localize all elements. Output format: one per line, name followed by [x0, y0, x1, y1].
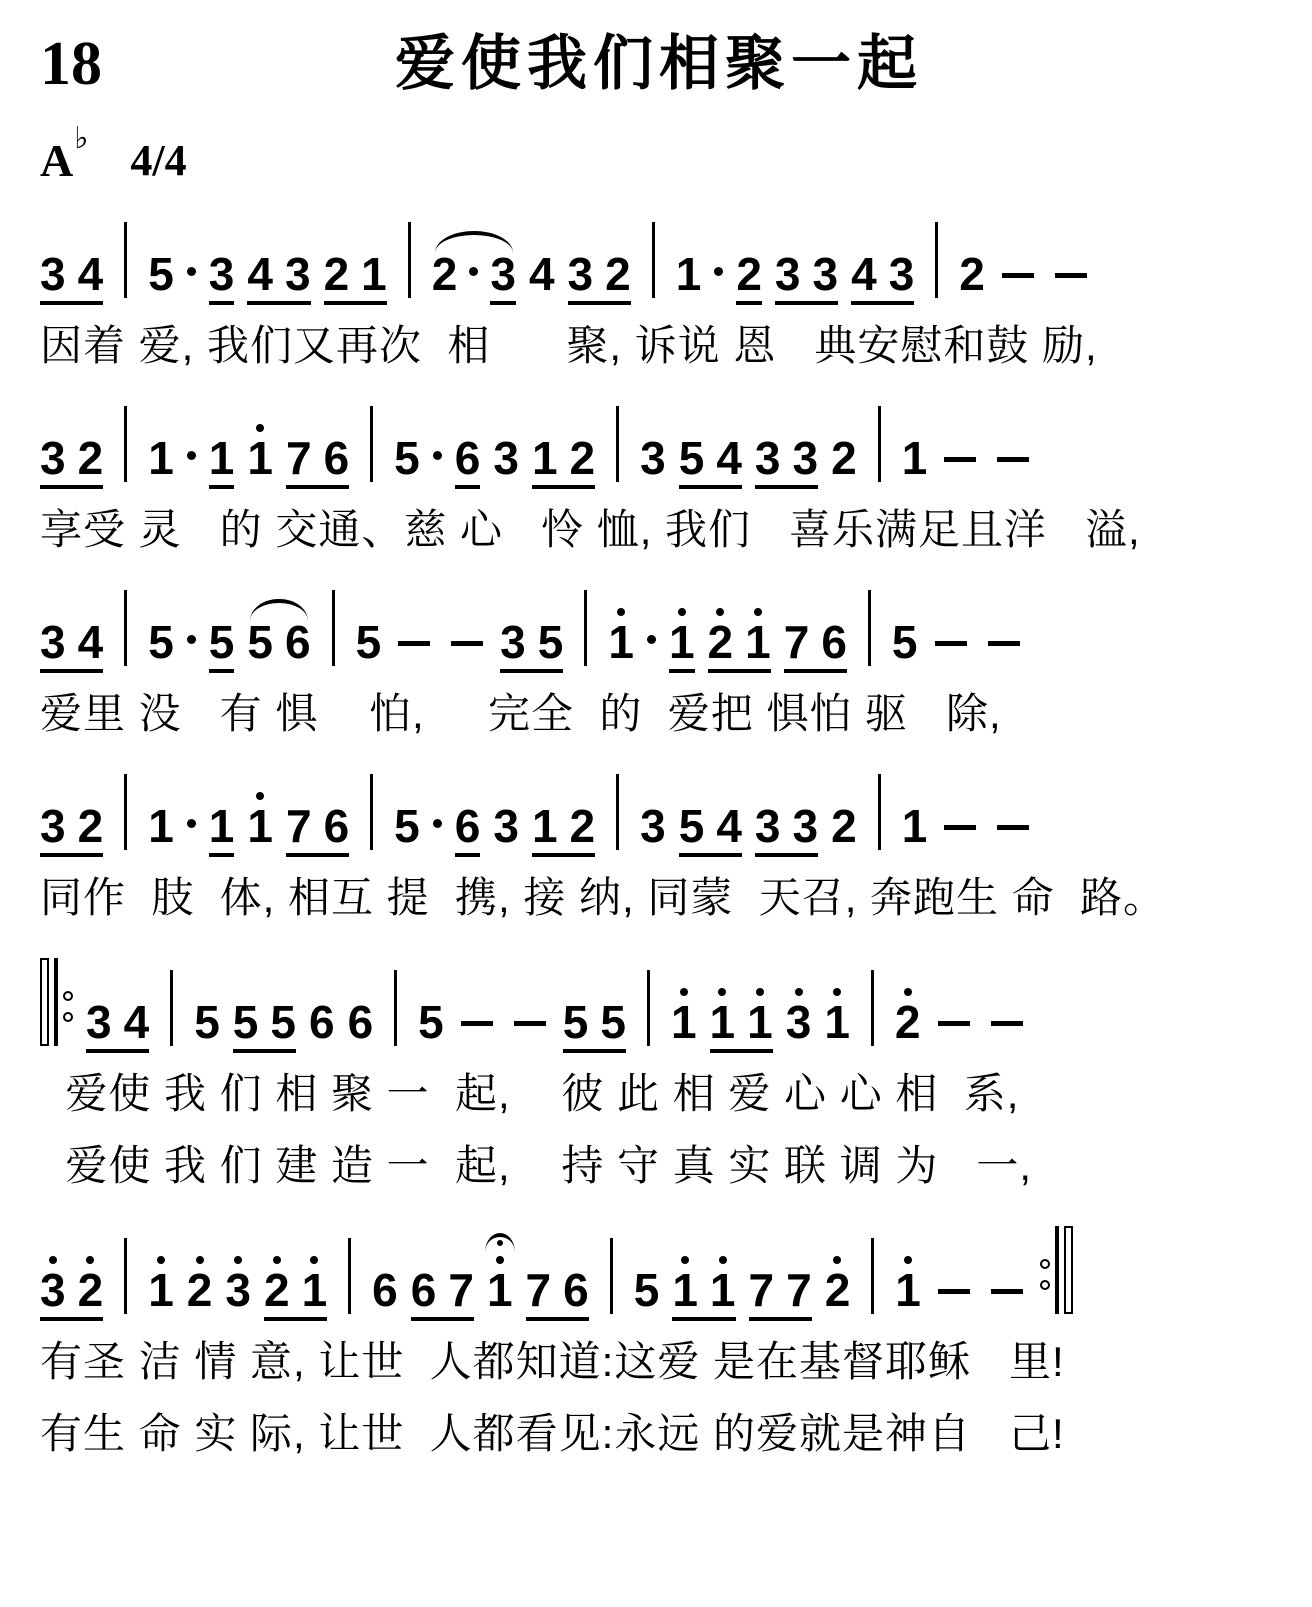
system: 34534321234321233432因着 爱, 我们又再次 相 聚, 诉说 …: [40, 222, 1278, 370]
key-signature: A♭: [40, 114, 88, 186]
note-digit: 1: [532, 802, 558, 850]
note: 3: [793, 789, 819, 850]
note: 2: [264, 1253, 290, 1314]
note: 6: [348, 985, 374, 1046]
barline: [124, 406, 127, 482]
note: 2: [831, 421, 857, 482]
note-digit: 7: [786, 1266, 812, 1314]
note-digit: 6: [563, 1266, 589, 1314]
note: 4: [851, 237, 877, 298]
note-digit: 4: [124, 998, 150, 1046]
dash-line: [938, 1021, 970, 1026]
dash-line: [991, 1289, 1023, 1294]
note-digit: 5: [194, 998, 220, 1046]
note-digit: 5: [892, 618, 918, 666]
note-digit: 5: [148, 250, 174, 298]
note: 6: [372, 1253, 398, 1314]
note-digit: 5: [418, 998, 444, 1046]
barline: [348, 1238, 351, 1314]
beam-group: 76: [286, 421, 349, 489]
note-digit: 1: [710, 998, 736, 1046]
note-digit: 2: [78, 434, 104, 482]
barline: [408, 222, 411, 298]
note: 6: [455, 421, 481, 489]
note-digit: 1: [669, 618, 695, 666]
beam-group: 11: [672, 1253, 735, 1321]
dash-line: [514, 1021, 546, 1026]
note-digit: 6: [411, 1266, 437, 1314]
dash-line: [938, 1289, 970, 1294]
system: 3211176563123543321享受 灵 的 交通、慈 心 怜 恤, 我们…: [40, 406, 1278, 554]
dash-line: [997, 825, 1029, 830]
repeat-dot: [63, 1012, 73, 1022]
system: 32123216671765117721有圣 洁 情 意, 让世 人都知道:这爱…: [40, 1226, 1278, 1458]
note: 6: [411, 1253, 437, 1314]
note: 3: [493, 421, 519, 482]
note-digit: 2: [736, 250, 762, 298]
note: 2: [825, 1253, 851, 1314]
note-digit: 3: [40, 434, 66, 482]
note-digit: 3: [755, 802, 781, 850]
note: 1: [902, 789, 928, 850]
note: 1: [302, 1253, 328, 1314]
barline: [332, 590, 335, 666]
beam-group: 33: [755, 789, 818, 857]
note: 3: [40, 1253, 66, 1314]
note-digit: 2: [78, 1266, 104, 1314]
barline: [124, 774, 127, 850]
dash-line: [935, 641, 967, 646]
note-digit: 5: [634, 1266, 660, 1314]
repeat-dot: [1040, 1280, 1050, 1290]
note: 3: [755, 789, 781, 850]
note-digit: 1: [672, 1266, 698, 1314]
note: 3: [86, 985, 112, 1046]
note-digit: 3: [813, 250, 839, 298]
note-digit: 4: [78, 618, 104, 666]
beam-group: 55: [563, 985, 626, 1053]
note: 1: [745, 605, 771, 666]
note: 1: [209, 789, 235, 857]
key-letter: A: [40, 135, 73, 186]
note: 1: [209, 421, 235, 489]
barline: [124, 1238, 127, 1314]
barline: [610, 1238, 613, 1314]
note: 2: [895, 985, 921, 1046]
note-digit: 7: [784, 618, 810, 666]
dash-line: [944, 825, 976, 830]
note: 1: [247, 421, 273, 482]
beam-group: 33: [775, 237, 838, 305]
note-digit: 3: [225, 1266, 251, 1314]
barline: [871, 970, 874, 1046]
note: 5: [247, 605, 273, 666]
note: 2: [432, 237, 458, 298]
note: 2: [570, 789, 596, 850]
note-digit: 1: [247, 802, 273, 850]
note-digit: 7: [749, 1266, 775, 1314]
time-signature: 4/4: [130, 136, 186, 186]
lyric-line: 爱使 我 们 建 造 一 起, 持 守 真 实 联 调 为 一,: [40, 1142, 1278, 1190]
barline: [584, 590, 587, 666]
note-digit: 3: [786, 998, 812, 1046]
repeat-end-sign: [1040, 1226, 1073, 1314]
note: 4: [124, 985, 150, 1046]
note-digit: 6: [324, 802, 350, 850]
note: 5: [194, 985, 220, 1046]
note-digit: 2: [708, 618, 734, 666]
beam-group: 32: [568, 237, 631, 305]
note-digit: 5: [356, 618, 382, 666]
note-digit: 3: [490, 250, 516, 298]
barline: [370, 774, 373, 850]
note: 1: [148, 1253, 174, 1314]
note-digit: 3: [568, 250, 594, 298]
barline: [370, 406, 373, 482]
lyric-line: 同作 肢 体, 相互 提 携, 接 纳, 同蒙 天召, 奔跑生 命 路。: [40, 874, 1278, 922]
note: 2: [959, 237, 985, 298]
note-digit: 2: [831, 434, 857, 482]
note: 3: [40, 237, 66, 298]
barline: [124, 590, 127, 666]
note-digit: 5: [270, 998, 296, 1046]
note-digit: 3: [775, 250, 801, 298]
beam-group: 12: [532, 789, 595, 857]
note: 7: [786, 1253, 812, 1314]
note-digit: 6: [309, 998, 335, 1046]
note-digit: 1: [710, 1266, 736, 1314]
dash-line: [944, 457, 976, 462]
beam-group: 32: [40, 1253, 103, 1321]
lyric-line: 享受 灵 的 交通、慈 心 怜 恤, 我们 喜乐满足且洋 溢,: [40, 506, 1278, 554]
note-digit: 2: [570, 434, 596, 482]
note: 6: [563, 1253, 589, 1314]
fermata-icon: [485, 1233, 515, 1252]
note-digit: 2: [264, 1266, 290, 1314]
slur-group: 23: [432, 237, 516, 298]
note-digit: 3: [640, 802, 666, 850]
note: 1: [676, 237, 702, 298]
note: 1: [671, 985, 697, 1046]
note-digit: 2: [895, 998, 921, 1046]
note-digit: 4: [716, 434, 742, 482]
beam-group: 77: [749, 1253, 812, 1321]
note: 1: [824, 985, 850, 1046]
note: 4: [247, 237, 273, 298]
barline: [124, 222, 127, 298]
note-digit: 6: [372, 1266, 398, 1314]
note-digit: 2: [432, 250, 458, 298]
note: 1: [148, 421, 174, 482]
note: 7: [286, 789, 312, 850]
note: 2: [78, 1253, 104, 1314]
note-digit: 2: [187, 1266, 213, 1314]
note-digit: 1: [747, 998, 773, 1046]
note: 3: [209, 237, 235, 305]
repeat-thick-bar: [1064, 1226, 1073, 1314]
note: 2: [605, 237, 631, 298]
augmentation-dot: [187, 451, 196, 460]
note: 5: [563, 985, 589, 1046]
beam-group: 34: [40, 605, 103, 673]
note: 5: [148, 237, 174, 298]
note-digit: 5: [394, 802, 420, 850]
repeat-dots: [1040, 1259, 1050, 1290]
note: 1: [895, 1253, 921, 1314]
beam-group: 67: [411, 1253, 474, 1321]
note: 2: [831, 789, 857, 850]
note-digit: 2: [959, 250, 985, 298]
note-digit: 4: [851, 250, 877, 298]
note-digit: 3: [40, 802, 66, 850]
beam-group: 76: [526, 1253, 589, 1321]
beam-group: 76: [286, 789, 349, 857]
note-digit: 1: [902, 802, 928, 850]
beam-group: 55: [233, 985, 296, 1053]
dash-line: [991, 1021, 1023, 1026]
beam-group: 76: [784, 605, 847, 673]
note: 2: [708, 605, 734, 666]
note-digit: 5: [600, 998, 626, 1046]
note-digit: 4: [247, 250, 273, 298]
beam-group: 43: [851, 237, 914, 305]
note-digit: 1: [148, 434, 174, 482]
dash-line: [451, 641, 483, 646]
note-digit: 6: [455, 802, 481, 850]
song-title: 爱使我们相聚一起: [40, 14, 1278, 114]
beam-group: 21: [324, 237, 387, 305]
note-digit: 1: [302, 1266, 328, 1314]
note: 2: [187, 1253, 213, 1314]
note-digit: 2: [825, 1266, 851, 1314]
note: 3: [500, 605, 526, 666]
sheet-music-page: 18 爱使我们相聚一起 A♭ 4/4 34534321234321233432因…: [0, 0, 1312, 1607]
note-digit: 4: [529, 250, 555, 298]
lyric-line: 有生 命 实 际, 让世 人都看见:永远 的爱就是神自 己!: [40, 1410, 1278, 1458]
beam-group: 35: [500, 605, 563, 673]
note: 6: [324, 789, 350, 850]
note-digit: 1: [209, 434, 235, 482]
note: 2: [736, 237, 762, 305]
note-digit: 3: [889, 250, 915, 298]
note-digit: 1: [824, 998, 850, 1046]
lyric-line: 有圣 洁 情 意, 让世 人都知道:这爱 是在基督耶稣 里!: [40, 1338, 1278, 1386]
repeat-dot: [63, 991, 73, 1001]
note: 3: [786, 985, 812, 1046]
system: 3455566555111312 爱使 我 们 相 聚 一 起, 彼 此 相 爱…: [40, 958, 1278, 1190]
music-line: 3211176563123543321: [40, 774, 1278, 850]
note-digit: 5: [209, 618, 235, 666]
barline: [647, 970, 650, 1046]
beam-group: 34: [40, 237, 103, 305]
note-digit: 1: [209, 802, 235, 850]
note: 1: [532, 789, 558, 850]
note-digit: 5: [679, 802, 705, 850]
beam-group: 12: [532, 421, 595, 489]
note: 3: [775, 237, 801, 298]
augmentation-dot: [433, 451, 442, 460]
note-digit: 7: [286, 434, 312, 482]
note: 3: [40, 421, 66, 482]
note: 5: [634, 1253, 660, 1314]
music-line: 3211176563123543321: [40, 406, 1278, 482]
note-digit: 2: [324, 250, 350, 298]
note: 4: [716, 421, 742, 482]
hymn-number: 18: [40, 14, 102, 114]
note: 5: [270, 985, 296, 1046]
note-digit: 1: [902, 434, 928, 482]
note: 3: [40, 605, 66, 666]
beam-group: 21: [708, 605, 771, 673]
note-digit: 3: [493, 434, 519, 482]
note-digit: 6: [285, 618, 311, 666]
dash-line: [461, 1021, 493, 1026]
note: 3: [285, 237, 311, 298]
note: 5: [418, 985, 444, 1046]
note-digit: 7: [448, 1266, 474, 1314]
note: 5: [892, 605, 918, 666]
note-digit: 5: [247, 618, 273, 666]
note-digit: 3: [640, 434, 666, 482]
note: 3: [640, 421, 666, 482]
flat-icon: ♭: [74, 122, 88, 155]
note-digit: 1: [487, 1266, 513, 1314]
barline: [878, 406, 881, 482]
beam-group: 33: [755, 421, 818, 489]
barline: [616, 774, 619, 850]
repeat-thin-bar: [54, 958, 58, 1046]
dash-line: [988, 641, 1020, 646]
note-digit: 5: [394, 434, 420, 482]
note-digit: 1: [148, 1266, 174, 1314]
note: 7: [526, 1253, 552, 1314]
barline: [935, 222, 938, 298]
note: 5: [233, 985, 259, 1046]
note: 6: [821, 605, 847, 666]
note-digit: 3: [500, 618, 526, 666]
note: 6: [309, 985, 335, 1046]
note-digit: 3: [793, 434, 819, 482]
note-digit: 3: [40, 618, 66, 666]
note-digit: 6: [324, 434, 350, 482]
augmentation-dot: [647, 635, 656, 644]
note-digit: 2: [78, 802, 104, 850]
note: 4: [78, 237, 104, 298]
note-digit: 4: [716, 802, 742, 850]
augmentation-dot: [433, 819, 442, 828]
note: 3: [490, 237, 516, 305]
beam-group: 32: [40, 789, 103, 857]
note: 3: [493, 789, 519, 850]
dash-line: [1055, 273, 1087, 278]
note-digit: 1: [895, 1266, 921, 1314]
note-digit: 3: [209, 250, 235, 298]
note: 2: [78, 421, 104, 482]
music-line: 3455566555111312: [40, 958, 1278, 1046]
note: 5: [394, 421, 420, 482]
music-line: 3455565351121765: [40, 590, 1278, 666]
system: 3211176563123543321同作 肢 体, 相互 提 携, 接 纳, …: [40, 774, 1278, 922]
beam-group: 11: [710, 985, 773, 1053]
note: 1: [710, 1253, 736, 1314]
note: 1: [710, 985, 736, 1046]
note-digit: 3: [493, 802, 519, 850]
note: 6: [285, 605, 311, 666]
barline: [868, 590, 871, 666]
note: 4: [78, 605, 104, 666]
note-digit: 1: [676, 250, 702, 298]
note-digit: 2: [831, 802, 857, 850]
augmentation-dot: [187, 267, 196, 276]
note-digit: 3: [285, 250, 311, 298]
note-digit: 3: [755, 434, 781, 482]
note: 3: [813, 237, 839, 298]
note: 4: [529, 237, 555, 298]
note: 7: [784, 605, 810, 666]
system: 3455565351121765爱里 没 有 惧 怕, 完全 的 爱把 惧怕 驱…: [40, 590, 1278, 738]
note-digit: 1: [148, 802, 174, 850]
note: 5: [600, 985, 626, 1046]
beam-group: 34: [86, 985, 149, 1053]
barline: [871, 1238, 874, 1314]
note: 1: [532, 421, 558, 482]
note: 3: [755, 421, 781, 482]
augmentation-dot: [187, 819, 196, 828]
barline: [652, 222, 655, 298]
augmentation-dot: [714, 267, 723, 276]
beam-group: 54: [679, 421, 742, 489]
note-digit: 1: [247, 434, 273, 482]
note: 1: [148, 789, 174, 850]
header: 18 爱使我们相聚一起: [40, 14, 1278, 114]
note-digit: 1: [671, 998, 697, 1046]
note: 1: [669, 605, 695, 673]
note: 5: [148, 605, 174, 666]
augmentation-dot: [187, 635, 196, 644]
lyric-line: 因着 爱, 我们又再次 相 聚, 诉说 恩 典安慰和鼓 励,: [40, 322, 1278, 370]
note-digit: 1: [361, 250, 387, 298]
note: 1: [487, 1253, 513, 1314]
note-digit: 5: [563, 998, 589, 1046]
note-digit: 3: [86, 998, 112, 1046]
note: 1: [608, 605, 634, 666]
repeat-thick-bar: [40, 958, 49, 1046]
note-digit: 1: [608, 618, 634, 666]
note: 4: [716, 789, 742, 850]
beam-group: 54: [679, 789, 742, 857]
barline: [170, 970, 173, 1046]
music-line: 32123216671765117721: [40, 1226, 1278, 1314]
note-digit: 4: [78, 250, 104, 298]
slur-group: 56: [247, 605, 310, 666]
note-digit: 1: [532, 434, 558, 482]
note: 3: [40, 789, 66, 850]
note-digit: 3: [40, 1266, 66, 1314]
note: 2: [570, 421, 596, 482]
beam-group: 32: [40, 421, 103, 489]
note: 3: [568, 237, 594, 298]
note-digit: 7: [526, 1266, 552, 1314]
note: 1: [902, 421, 928, 482]
note-digit: 5: [538, 618, 564, 666]
dash-line: [1002, 273, 1034, 278]
note: 2: [324, 237, 350, 298]
augmentation-dot: [469, 267, 478, 276]
note: 5: [356, 605, 382, 666]
note-digit: 7: [286, 802, 312, 850]
dash-line: [997, 457, 1029, 462]
note: 6: [324, 421, 350, 482]
